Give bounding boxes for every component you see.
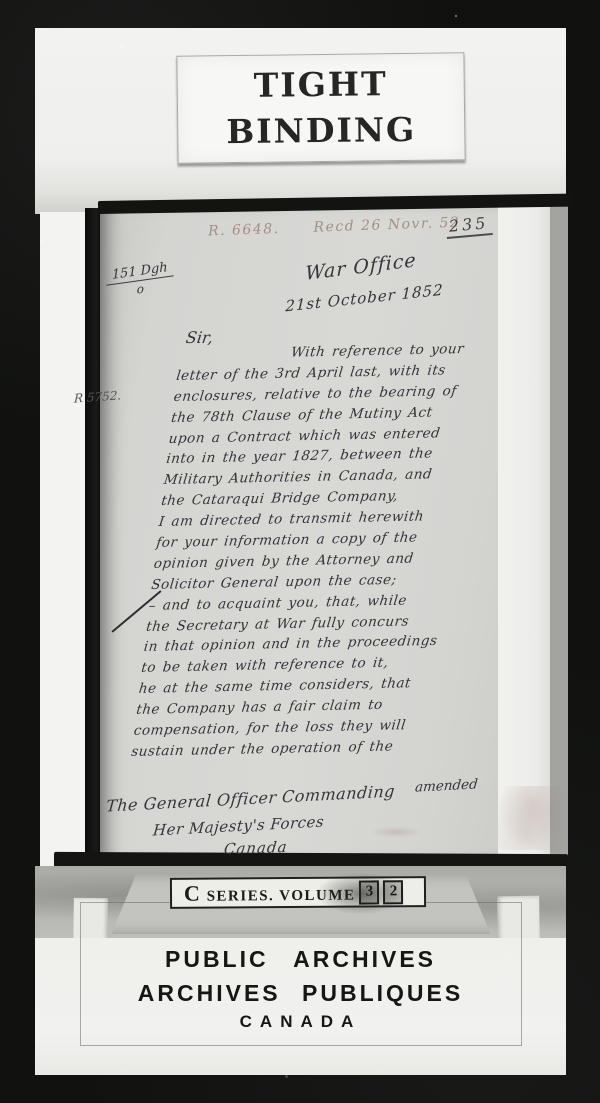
left-page-edge [40, 212, 88, 867]
tight-binding-line2: BINDING [226, 107, 416, 155]
right-page-edges [498, 202, 552, 864]
faint-stamp-mark [498, 786, 568, 850]
registry-number: R. 6648. [208, 221, 280, 239]
tight-binding-line1: TIGHT [253, 61, 387, 109]
archives-stamp-line2: ARCHIVES PUBLIQUES [35, 980, 566, 1007]
series-plate: C SERIES. VOLUME 3 2 [170, 876, 426, 909]
right-page-shadow [550, 202, 568, 868]
address-line-3: Canada [223, 838, 288, 858]
archives-stamp-line1: PUBLIC ARCHIVES [35, 946, 566, 973]
faint-pencil-mark [372, 827, 420, 837]
plate-smudge [318, 873, 404, 914]
film-speck [285, 1075, 288, 1078]
photo-frame: TIGHT BINDING R. 6648.Recd 26 Novr. 52 2… [0, 0, 600, 1103]
letter-body: With reference to your letter of the 3rd… [130, 338, 526, 763]
tight-binding-card: TIGHT BINDING [176, 52, 465, 164]
film-speck [40, 240, 42, 242]
archives-stamp-line3: CANADA [35, 1012, 566, 1032]
letter-catchword: amended [414, 776, 478, 795]
film-speck [120, 45, 123, 48]
film-speck [455, 15, 457, 17]
page-number: 235 [445, 213, 492, 239]
